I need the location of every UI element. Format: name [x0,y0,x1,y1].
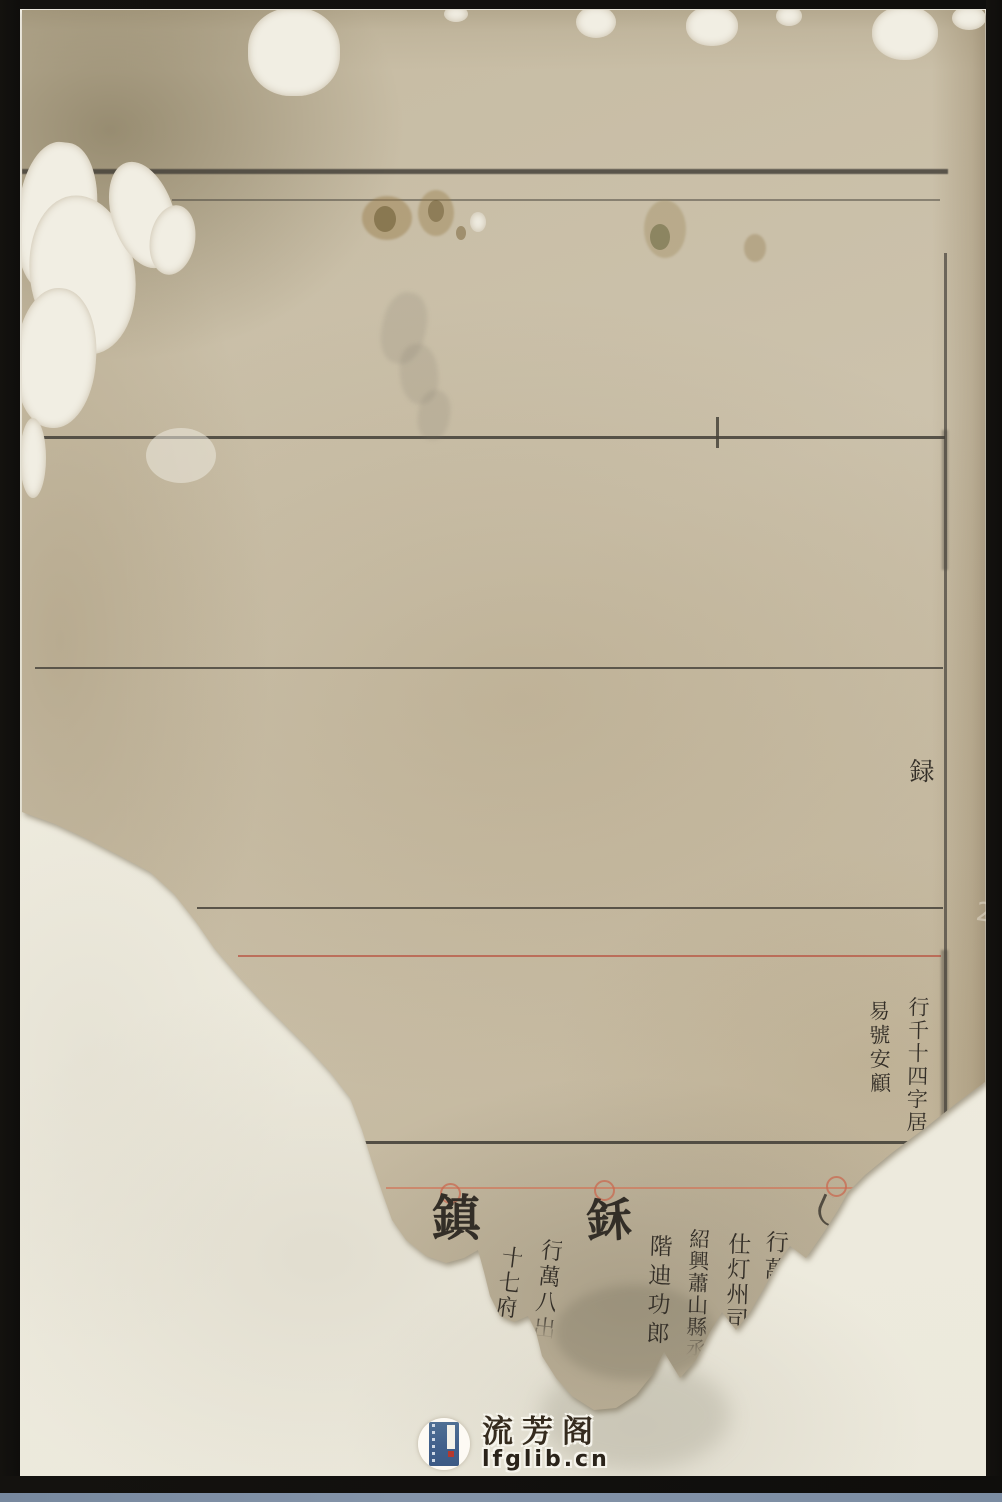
ink-stain [744,234,766,262]
mount-border-right [986,0,1002,1502]
site-watermark: 流芳阁 lfglib.cn [418,1412,678,1476]
tear-nick-top [686,6,738,46]
ruled-line-5 [364,1141,943,1144]
ruled-line-4 [197,907,943,909]
margin-note-outer: 行千十四字居 [905,996,928,1134]
entry-column-rank: 階迪功郎 [643,1234,670,1351]
margin-note-inner: 易號安顧 [867,1000,890,1096]
tear-nick-top [952,6,986,30]
entry-column-xingwan: 行萬 [761,1229,787,1284]
tear-nick-top [776,6,802,26]
torn-partial-character [813,1194,841,1227]
entry-column-fujun: 十七府君 [488,1244,523,1346]
ink-stain [456,226,466,240]
frame-line-vertical-smudge-2 [941,950,948,1145]
crease-tick [716,417,719,448]
book-title-label [447,1425,455,1449]
tear-nick-top [872,6,938,60]
red-rule-1 [238,955,941,957]
entry-name-right: 鉌 [582,1195,630,1243]
ruled-line-3 [35,667,943,669]
worn-pale-patch [146,428,216,483]
mount-border-top [0,0,1002,9]
watermark-site-url: lfglib.cn [482,1449,610,1471]
mount-border-left [0,0,20,1502]
index-char: 録 [908,758,933,783]
manuscript-leaf: 録 行千十四字居 易號安顧 鉌 鎮 行萬 仕灯州司 紹興蕭山縣丞 階迪功郎 行萬… [0,0,1002,1502]
tear-patch-top [248,8,340,96]
ruled-line-top-thick [22,169,948,174]
manuscript-leaf-wrap: 録 行千十四字居 易號安顧 鉌 鎮 行萬 仕灯州司 紹興蕭山縣丞 階迪功郎 行萬… [0,0,1002,1502]
entry-column-office-1: 仕灯州司 [722,1232,748,1333]
book-seal-mark [448,1451,454,1457]
watermark-site-name: 流芳阁 [482,1417,610,1449]
tear-fleck-left [20,418,46,498]
red-circle-mark [826,1176,847,1197]
tear-speck [470,212,486,232]
watermark-logo-circle [418,1418,470,1470]
book-icon [429,1422,459,1466]
ink-stain [428,200,444,222]
scan-canvas: 録 行千十四字居 易號安顧 鉌 鎮 行萬 仕灯州司 紹興蕭山縣丞 階迪功郎 行萬… [0,0,1002,1502]
book-binding-stitches [432,1424,435,1464]
ruled-line-top-thin [172,199,940,201]
scan-edge-strip [0,1493,1002,1502]
tear-nick-top [576,6,616,38]
ink-stain [650,224,670,250]
frame-line-vertical-smudge-1 [942,430,948,570]
ink-stain [374,206,396,232]
entry-name-left: 鎮 [428,1192,477,1241]
tear-patch-topleft [11,285,101,430]
